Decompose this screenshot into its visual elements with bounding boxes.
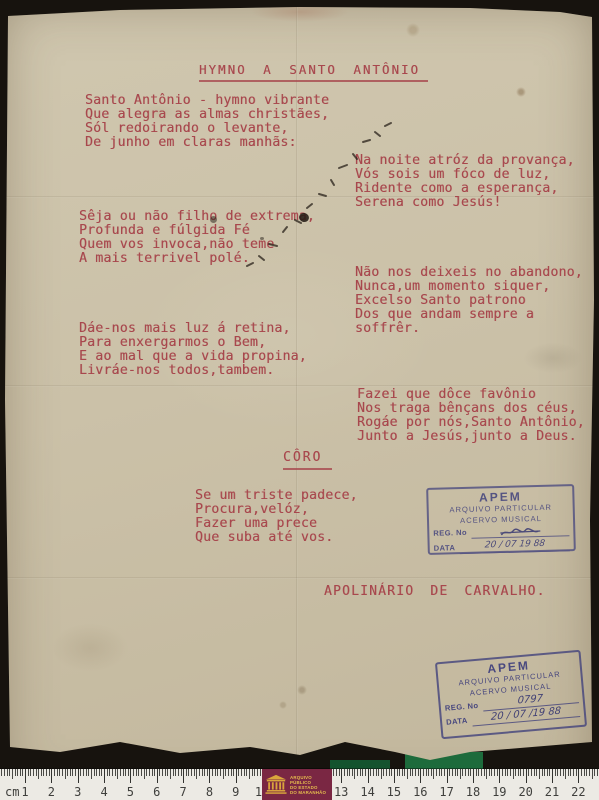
ruler-tick: [365, 769, 366, 776]
ruler-tick: [17, 769, 18, 776]
ruler-tick: [236, 769, 237, 783]
ruler-tick: [223, 769, 224, 779]
ruler-tick: [386, 769, 387, 776]
stanza-line: Dos que andam sempre a soffrêr.: [355, 308, 599, 336]
stanza-line: Junto a Jesús,junto a Deus.: [357, 430, 585, 444]
ruler-tick: [254, 769, 255, 776]
ruler-tick: [494, 769, 495, 776]
ruler-tick: [586, 769, 587, 776]
ruler-tick: [80, 769, 81, 776]
ruler-tick: [404, 769, 405, 776]
ruler-tick: [576, 769, 577, 776]
logo-text-line: DO MARANHÃO: [290, 790, 326, 795]
ruler-tick: [431, 769, 432, 776]
ruler-tick: [526, 769, 527, 783]
ruler-tick: [473, 769, 474, 783]
ruler-tick: [15, 769, 16, 776]
ruler-tick: [391, 769, 392, 776]
ruler-number: 17: [439, 785, 453, 799]
ruler-tick: [360, 769, 361, 776]
ruler-tick: [199, 769, 200, 776]
ruler-number: 5: [127, 785, 134, 799]
ruler-tick: [72, 769, 73, 776]
ruler-tick: [244, 769, 245, 776]
ruler-tick: [215, 769, 216, 776]
ruler-tick: [344, 769, 345, 776]
ruler-tick: [333, 769, 334, 776]
ruler-tick: [352, 769, 353, 776]
ruler-tick: [49, 769, 50, 776]
ruler-tick: [428, 769, 429, 776]
ruler-tick: [349, 769, 350, 776]
ruler-tick: [534, 769, 535, 776]
ruler-tick: [423, 769, 424, 776]
ruler-tick: [589, 769, 590, 776]
ruler-tick: [75, 769, 76, 776]
ruler-tick: [67, 769, 68, 776]
ruler-tick: [54, 769, 55, 776]
ruler-tick: [225, 769, 226, 776]
ruler-tick: [183, 769, 184, 783]
ruler-number: 6: [153, 785, 160, 799]
ruler-tick: [447, 769, 448, 783]
ruler-tick: [433, 769, 434, 779]
ruler-tick: [146, 769, 147, 776]
ruler-tick: [499, 769, 500, 783]
ruler-tick: [141, 769, 142, 776]
ruler-tick: [228, 769, 229, 776]
ruler-tick: [46, 769, 47, 776]
ruler-tick: [399, 769, 400, 776]
ruler-tick: [412, 769, 413, 776]
ruler-tick: [123, 769, 124, 776]
ruler-tick: [468, 769, 469, 776]
ruler-tick: [478, 769, 479, 776]
ruler-tick: [402, 769, 403, 776]
ruler-tick: [38, 769, 39, 779]
ruler-tick: [560, 769, 561, 776]
coro-stanza: Se um triste padece, Procura,velóz, Faze…: [195, 489, 358, 545]
ruler-number: 2: [48, 785, 55, 799]
ruler-tick: [552, 769, 553, 783]
ruler-tick: [202, 769, 203, 776]
ruler-tick: [220, 769, 221, 776]
stanza-line: E ao mal que a vida propina,: [79, 350, 307, 364]
stanza-line: Que suba até vos.: [195, 531, 358, 545]
ruler-tick: [497, 769, 498, 776]
ruler-tick: [1, 769, 2, 776]
ruler-tick: [260, 769, 261, 776]
ruler-tick: [376, 769, 377, 776]
ruler-tick: [528, 769, 529, 776]
ruler-tick: [70, 769, 71, 776]
ruler-tick: [341, 769, 342, 783]
ruler-tick: [65, 769, 66, 779]
building-icon: [265, 774, 287, 796]
ruler-tick: [578, 769, 579, 783]
stanza-line: Fazer uma prece: [195, 517, 358, 531]
stanza-line: Fazei que dôce favônio: [357, 388, 585, 402]
stanza-line: Nos traga bênçans dos céus,: [357, 402, 585, 416]
ruler-tick: [191, 769, 192, 776]
ruler-tick: [125, 769, 126, 776]
paper-document: HYMNO A SANTO ANTÔNIO Santo Antônio - hy…: [0, 0, 599, 800]
ruler-tick: [30, 769, 31, 776]
ruler-tick: [507, 769, 508, 776]
ruler-tick: [25, 769, 26, 783]
ruler-tick: [515, 769, 516, 776]
ruler-tick: [157, 769, 158, 783]
ruler-tick: [362, 769, 363, 776]
ruler-tick: [505, 769, 506, 776]
ruler-tick: [101, 769, 102, 776]
ruler-tick: [542, 769, 543, 776]
ruler-tick: [547, 769, 548, 776]
stanza-line: Livráe-nos todos,tambem.: [79, 364, 307, 378]
scribble-crossed-out-icon: [499, 527, 541, 537]
stanza-line: Excelso Santo patrono: [355, 294, 599, 308]
ruler-tick: [231, 769, 232, 776]
ruler-tick: [117, 769, 118, 779]
ruler-tick: [138, 769, 139, 776]
ruler-tick: [159, 769, 160, 776]
ruler-number: 22: [571, 785, 585, 799]
ruler-tick: [389, 769, 390, 776]
stanza-line: Nunca,um momento siquer,: [355, 280, 599, 294]
stanza-line: Rogáe por nós,Santo Antônio,: [357, 416, 585, 430]
ruler-tick: [136, 769, 137, 776]
ruler-tick: [394, 769, 395, 783]
ruler-tick: [426, 769, 427, 776]
ruler-tick: [502, 769, 503, 776]
ruler-tick: [584, 769, 585, 776]
ruler-tick: [336, 769, 337, 776]
ruler-tick: [573, 769, 574, 776]
ruler-tick: [523, 769, 524, 776]
scan-background: HYMNO A SANTO ANTÔNIO Santo Antônio - hy…: [0, 0, 599, 800]
coro-heading: CÔRO: [283, 450, 332, 470]
ruler-tick: [204, 769, 205, 776]
ruler-tick: [449, 769, 450, 776]
ruler-tick: [592, 769, 593, 779]
ruler-tick: [460, 769, 461, 779]
ruler-tick: [115, 769, 116, 776]
ruler-tick: [133, 769, 134, 776]
ruler-tick: [568, 769, 569, 776]
ruler-tick: [397, 769, 398, 776]
stanza-line: Procura,velóz,: [195, 503, 358, 517]
ruler-tick: [455, 769, 456, 776]
ruler-tick: [99, 769, 100, 776]
ruler-number: 19: [492, 785, 506, 799]
ruler-tick: [112, 769, 113, 776]
archive-logo-block: ARQUIVO PÚBLICO DO ESTADO DO MARANHÃO: [262, 769, 332, 800]
ruler-tick: [357, 769, 358, 776]
ruler-tick: [484, 769, 485, 776]
ruler-number: 7: [179, 785, 186, 799]
ruler-tick: [120, 769, 121, 776]
ruler-number: 15: [387, 785, 401, 799]
ruler-tick: [457, 769, 458, 776]
ruler-tick: [486, 769, 487, 779]
ruler-tick: [378, 769, 379, 776]
ruler-number: 21: [545, 785, 559, 799]
ruler-tick: [94, 769, 95, 776]
author-line: APOLINÁRIO DE CARVALHO.: [324, 584, 546, 599]
ruler-tick: [415, 769, 416, 776]
stanza-line: Santo Antônio - hymno vibrante: [85, 94, 329, 108]
ruler-tick: [581, 769, 582, 776]
ruler-tick: [470, 769, 471, 776]
ruler-number: 3: [74, 785, 81, 799]
ruler-tick: [7, 769, 8, 776]
ruler-tick: [368, 769, 369, 783]
ruler-tick: [194, 769, 195, 776]
stamp-reg-value: 0797: [517, 692, 543, 707]
ruler-tick: [196, 769, 197, 779]
ruler-tick: [347, 769, 348, 776]
ruler-tick: [43, 769, 44, 776]
archive-logo-text: ARQUIVO PÚBLICO DO ESTADO DO MARANHÃO: [290, 775, 326, 795]
ruler-tick: [130, 769, 131, 783]
ruler-tick: [544, 769, 545, 776]
ruler-tick: [257, 769, 258, 776]
ruler-tick: [594, 769, 595, 776]
ruler-tick: [383, 769, 384, 776]
ruler-tick: [149, 769, 150, 776]
ruler-tick: [165, 769, 166, 776]
ruler-tick: [557, 769, 558, 776]
archive-stamp-1: APEM ARQUIVO PARTICULAR ACERVO MUSICAL R…: [426, 484, 576, 555]
ruler-tick: [520, 769, 521, 776]
ruler-tick: [491, 769, 492, 776]
ink-blob: [210, 216, 217, 223]
ruler-tick: [597, 769, 598, 776]
ruler-number: 9: [232, 785, 239, 799]
ruler-tick: [536, 769, 537, 776]
stanza-line: Se um triste padece,: [195, 489, 358, 503]
stanza-6: Fazei que dôce favônio Nos traga bênçans…: [357, 388, 585, 444]
ruler-tick: [373, 769, 374, 776]
ruler-unit-label: cm: [5, 785, 19, 799]
ruler-tick: [144, 769, 145, 779]
ruler-tick: [489, 769, 490, 776]
ruler-tick: [51, 769, 52, 783]
ruler-tick: [439, 769, 440, 776]
ruler-number: 20: [518, 785, 532, 799]
ruler: cm 1234567891013141516171819202122 ARQUI…: [0, 769, 599, 800]
ruler-number: 14: [360, 785, 374, 799]
ruler-tick: [531, 769, 532, 776]
ruler-tick: [36, 769, 37, 776]
stanza-5: Dáe-nos mais luz á retina, Para enxergar…: [79, 322, 307, 378]
ruler-tick: [28, 769, 29, 776]
ruler-tick: [555, 769, 556, 776]
ruler-tick: [167, 769, 168, 776]
ruler-tick: [152, 769, 153, 776]
ruler-tick: [212, 769, 213, 776]
ruler-tick: [563, 769, 564, 776]
ruler-tick: [549, 769, 550, 776]
ruler-number: 4: [100, 785, 107, 799]
ruler-tick: [57, 769, 58, 776]
ruler-tick: [252, 769, 253, 776]
ruler-tick: [539, 769, 540, 779]
ruler-tick: [510, 769, 511, 776]
ruler-tick: [518, 769, 519, 776]
ruler-tick: [246, 769, 247, 776]
ruler-tick: [62, 769, 63, 776]
ruler-number: 16: [413, 785, 427, 799]
ruler-tick: [233, 769, 234, 776]
ruler-tick: [9, 769, 10, 776]
ruler-tick: [339, 769, 340, 776]
ruler-tick: [109, 769, 110, 776]
ruler-tick: [162, 769, 163, 776]
ruler-tick: [436, 769, 437, 776]
ruler-tick: [33, 769, 34, 776]
ruler-tick: [481, 769, 482, 776]
ruler-number: 8: [206, 785, 213, 799]
ruler-tick: [188, 769, 189, 776]
ruler-tick: [476, 769, 477, 776]
ruler-tick: [249, 769, 250, 779]
ruler-tick: [420, 769, 421, 783]
ruler-tick: [104, 769, 105, 783]
stamp-date-value: 20 / 07 19 88: [484, 538, 546, 553]
ruler-tick: [570, 769, 571, 776]
stamp-date-label: DATA: [434, 541, 456, 555]
ruler-number: 1: [21, 785, 28, 799]
ruler-tick: [88, 769, 89, 776]
ruler-tick: [91, 769, 92, 779]
ruler-tick: [462, 769, 463, 776]
stamp-reg-label: REG. No: [433, 526, 467, 540]
ruler-tick: [241, 769, 242, 776]
ruler-tick: [465, 769, 466, 776]
ruler-tick: [354, 769, 355, 779]
ruler-tick: [59, 769, 60, 776]
ruler-tick: [441, 769, 442, 776]
stanza-4: Não nos deixeis no abandono, Nunca,um mo…: [355, 266, 599, 336]
ruler-tick: [418, 769, 419, 776]
ruler-tick: [207, 769, 208, 776]
ruler-tick: [173, 769, 174, 776]
ruler-tick: [381, 769, 382, 779]
archive-stamp-2: APEM ARQUIVO PARTICULAR ACERVO MUSICAL R…: [435, 650, 587, 739]
ruler-tick: [178, 769, 179, 776]
stamp-date-label: DATA: [446, 714, 469, 729]
ruler-tick: [170, 769, 171, 779]
ruler-number: 18: [466, 785, 480, 799]
document-title: HYMNO A SANTO ANTÔNIO: [199, 62, 428, 82]
ink-blob: [260, 237, 264, 240]
ruler-tick: [86, 769, 87, 776]
ruler-tick: [41, 769, 42, 776]
ruler-tick: [96, 769, 97, 776]
ruler-tick: [78, 769, 79, 783]
ruler-tick: [209, 769, 210, 783]
ruler-tick: [565, 769, 566, 779]
stanza-line: Dáe-nos mais luz á retina,: [79, 322, 307, 336]
ruler-tick: [20, 769, 21, 776]
ruler-tick: [452, 769, 453, 776]
ruler-tick: [22, 769, 23, 776]
ruler-tick: [407, 769, 408, 779]
ruler-tick: [12, 769, 13, 779]
ruler-tick: [186, 769, 187, 776]
ruler-tick: [4, 769, 5, 776]
ruler-tick: [513, 769, 514, 779]
ruler-tick: [154, 769, 155, 776]
ruler-tick: [217, 769, 218, 776]
stanza-line: Para enxergarmos o Bem,: [79, 336, 307, 350]
ruler-tick: [107, 769, 108, 776]
ruler-tick: [370, 769, 371, 776]
ruler-tick: [410, 769, 411, 776]
ruler-number: 13: [334, 785, 348, 799]
ruler-tick: [175, 769, 176, 776]
ruler-tick: [444, 769, 445, 776]
ruler-tick: [128, 769, 129, 776]
fold-crease-horizontal: [0, 577, 599, 579]
ink-smudge-trail: [235, 116, 405, 276]
ruler-tick: [83, 769, 84, 776]
ruler-tick: [238, 769, 239, 776]
ruler-tick: [181, 769, 182, 776]
